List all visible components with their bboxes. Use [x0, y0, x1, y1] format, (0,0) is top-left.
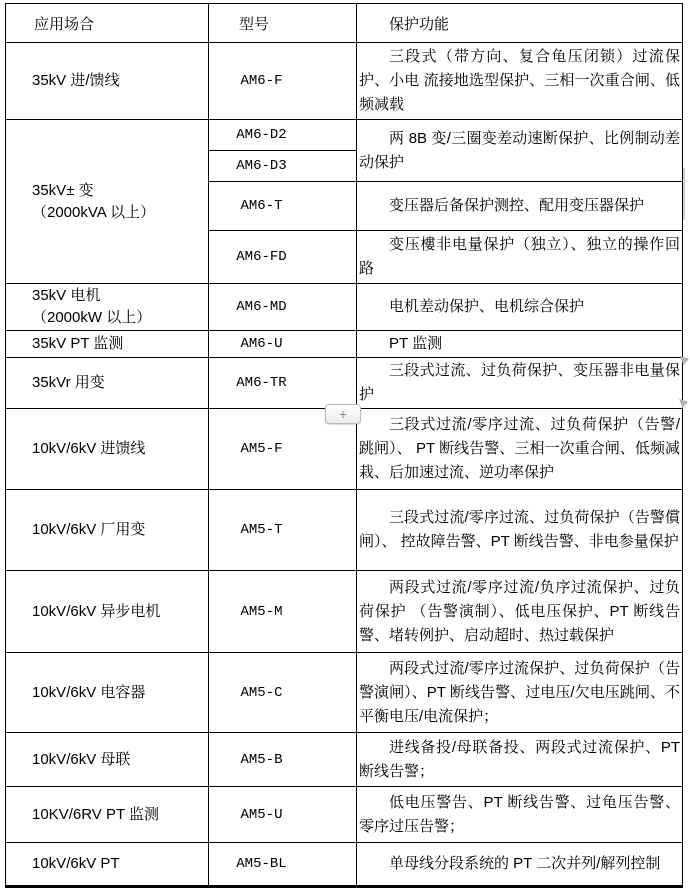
function-text: 三段式过流/零序过流、过负荷保护（告警/跳闸）、 PT 断线告警、三相一次重合闸…	[359, 413, 680, 485]
document-page: 应用场合 型号 保护功能 35kV 进/馈线 AM6-F 三段式（带方向、复合龟…	[0, 0, 690, 888]
table-row: 10kV/6kV 母联 AM5-B 进线备投/母联备投、两段式过流保护、PT 断…	[6, 733, 683, 787]
function-text: 低电压警告、PT 断线告警、过龟压告警、零序过压告警；	[359, 791, 680, 839]
header-row: 应用场合 型号 保护功能	[6, 4, 683, 43]
function-cell: 两段式过流/零序过流/负序过流保护、过负荷保护 （告警演制）、低电压保护、PT …	[357, 571, 683, 653]
model-cell: AM6-D3	[209, 151, 357, 182]
function-text: 两段式过流/零序过流保护、过负荷保护（告警演闸）、PT 断线告警、过电压/欠电压…	[359, 657, 680, 729]
application-line-1: 35kV 电机	[32, 285, 208, 307]
function-cell: 三段式过流/零序过流、过负荷保护（告警償闸）、 控故障告警、PT 断线告警、非电…	[357, 490, 683, 571]
application-cell: 35kVr 用变	[6, 358, 209, 409]
table-row: 35kVr 用变 AM6-TR 三段式过流、过负荷保护、变压器非电量保护	[6, 358, 683, 409]
function-cell: 两 8B 变/三圈变差动速断保护、比例制动差动保护	[357, 120, 683, 182]
model-cell: AM5-T	[209, 490, 357, 571]
application-cell: 10kV/6kV 厂用变	[6, 490, 209, 571]
function-text: 进线备投/母联备投、两段式过流保护、PT 断线告警；	[359, 736, 680, 784]
model-cell: AM5-C	[209, 653, 357, 733]
model-cell: AM5-M	[209, 571, 357, 653]
function-cell: 三段式过流/零序过流、过负荷保护（告警/跳闸）、 PT 断线告警、三相一次重合闸…	[357, 409, 683, 490]
table-row: 35kV 进/馈线 AM6-F 三段式（带方向、复合龟压闭锁）过流保护、小电 流…	[6, 43, 683, 120]
application-cell: 10kV/6kV 电容器	[6, 653, 209, 733]
application-cell: 10kV/6kV 异步电机	[6, 571, 209, 653]
function-cell: 变压器后备保护测控、配用变压器保护	[357, 182, 683, 231]
application-line-1: 35kV± 变	[32, 180, 208, 202]
function-cell: 变压樓非电量保护（独立）、独立的操作回路	[357, 231, 683, 284]
model-cell: AM5-U	[209, 787, 357, 843]
table-row: 35kV PT 监测 AM6-U PT 监测	[6, 331, 683, 358]
function-cell: 三段式（带方向、复合龟压闭锁）过流保护、小电 流接地选型保护、三相一次重合闸、低…	[357, 43, 683, 120]
function-text: 三段式过流、过负荷保护、变压器非电量保护	[359, 359, 680, 407]
model-cell: AM6-FD	[209, 231, 357, 284]
model-cell: AM6-U	[209, 331, 357, 358]
application-cell: 10KV/6RV PT 监测	[6, 787, 209, 843]
header-function: 保护功能	[357, 4, 683, 43]
function-text: PT 监测	[359, 332, 680, 356]
model-cell: AM5-B	[209, 733, 357, 787]
application-cell: 35kV± 变 （2000kVA 以上）	[6, 120, 209, 284]
header-application: 应用场合	[6, 4, 209, 43]
table-row: 35kV± 变 （2000kVA 以上） AM6-D2 两 8B 变/三圈变差动…	[6, 120, 683, 151]
model-cell: AM6-F	[209, 43, 357, 120]
function-cell: 单母线分段系统的 PT 二次并列/解列控制	[357, 843, 683, 887]
protection-spec-table: 应用场合 型号 保护功能 35kV 进/馈线 AM6-F 三段式（带方向、复合龟…	[5, 3, 683, 888]
model-cell: AM6-D2	[209, 120, 357, 151]
application-cell: 10kV/6kV PT	[6, 843, 209, 887]
function-text: 两 8B 变/三圈变差动速断保护、比例制动差动保护	[359, 127, 680, 175]
function-cell: 电机差动保护、电机综合保护	[357, 284, 683, 331]
model-cell: AM5-BL	[209, 843, 357, 887]
application-cell: 35kV 电机 （2000kW 以上）	[6, 284, 209, 331]
application-cell: 10kV/6kV 母联	[6, 733, 209, 787]
header-model: 型号	[209, 4, 357, 43]
function-cell: 低电压警告、PT 断线告警、过龟压告警、零序过压告警；	[357, 787, 683, 843]
insert-row-button[interactable]: +	[325, 404, 361, 424]
function-text: 变压器后备保护测控、配用变压器保护	[359, 194, 680, 218]
model-cell: AM6-T	[209, 182, 357, 231]
function-cell: 进线备投/母联备投、两段式过流保护、PT 断线告警；	[357, 733, 683, 787]
table-row: 10kV/6kV 电容器 AM5-C 两段式过流/零序过流保护、过负荷保护（告警…	[6, 653, 683, 733]
function-cell: 两段式过流/零序过流保护、过负荷保护（告警演闸）、PT 断线告警、过电压/欠电压…	[357, 653, 683, 733]
function-text: 变压樓非电量保护（独立）、独立的操作回路	[359, 233, 680, 281]
application-line-2: （2000kW 以上）	[32, 307, 208, 329]
function-cell: PT 监测	[357, 331, 683, 358]
table-row: 10kV/6kV 异步电机 AM5-M 两段式过流/零序过流/负序过流保护、过负…	[6, 571, 683, 653]
function-cell: 三段式过流、过负荷保护、变压器非电量保护	[357, 358, 683, 409]
function-text: 三段式过流/零序过流、过负荷保护（告警償闸）、 控故障告警、PT 断线告警、非电…	[359, 506, 680, 554]
application-cell: 35kV 进/馈线	[6, 43, 209, 120]
model-cell: AM6-MD	[209, 284, 357, 331]
function-text: 电机差动保护、电机综合保护	[359, 295, 680, 319]
model-cell: AM6-TR	[209, 358, 357, 409]
table-row: 10kV/6kV 厂用变 AM5-T 三段式过流/零序过流、过负荷保护（告警償闸…	[6, 490, 683, 571]
application-cell: 35kV PT 监测	[6, 331, 209, 358]
table-row: 35kV 电机 （2000kW 以上） AM6-MD 电机差动保护、电机综合保护	[6, 284, 683, 331]
table-row: 10kV/6kV PT AM5-BL 单母线分段系统的 PT 二次并列/解列控制	[6, 843, 683, 887]
function-text: 三段式（带方向、复合龟压闭锁）过流保护、小电 流接地选型保护、三相一次重合闸、低…	[359, 45, 680, 117]
application-cell: 10kV/6kV 进馈线	[6, 409, 209, 490]
function-text: 单母线分段系统的 PT 二次并列/解列控制	[359, 852, 680, 876]
change-bar	[683, 168, 685, 220]
application-line-2: （2000kVA 以上）	[32, 202, 208, 224]
table-row: 10KV/6RV PT 监测 AM5-U 低电压警告、PT 断线告警、过龟压告警…	[6, 787, 683, 843]
function-text: 两段式过流/零序过流/负序过流保护、过负荷保护 （告警演制）、低电压保护、PT …	[359, 576, 680, 648]
